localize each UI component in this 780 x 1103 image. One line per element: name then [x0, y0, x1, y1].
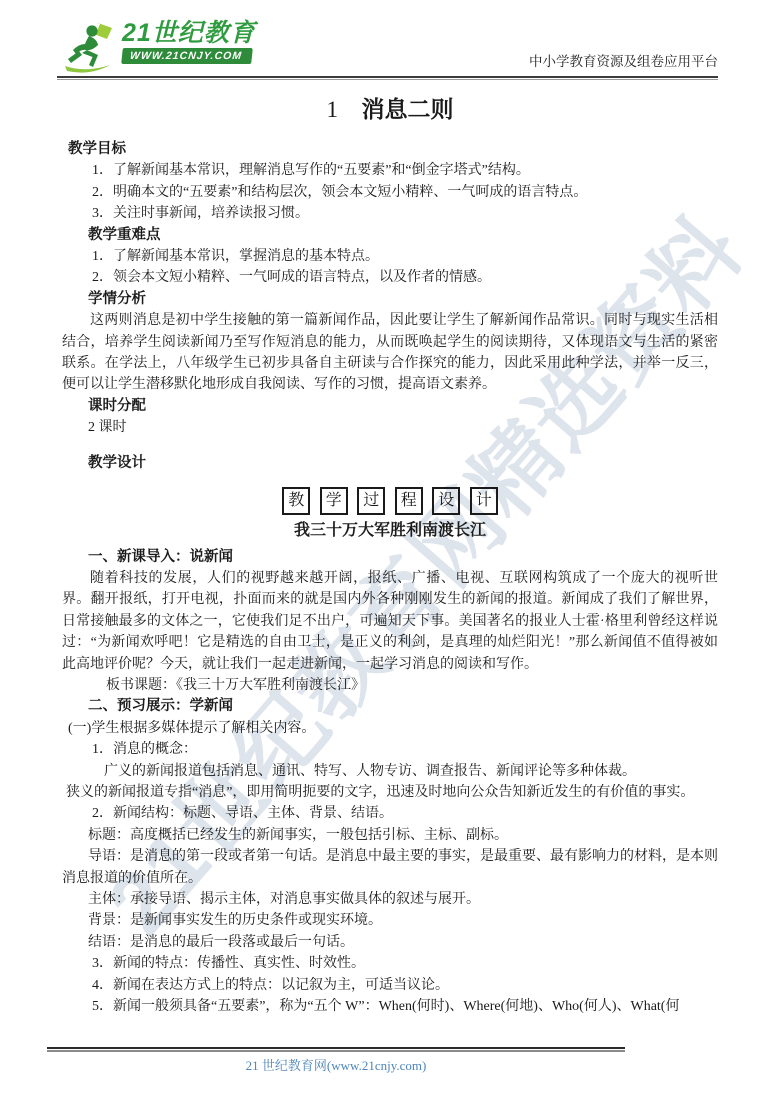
concept-broad-line: 广义的新闻报道包括消息、通讯、特写、人物专访、调查报告、新闻评论等多种体裁。: [104, 761, 718, 782]
part1-paragraph: 随着科技的发展，人们的视野越来越开阔，报纸、广播、电视、互联网构筑成了一个庞大的…: [62, 568, 718, 675]
spacer: [62, 439, 718, 453]
list-item: 1．了解新闻基本常识，理解消息写作的“五要素”和“倒金字塔式”结构。: [92, 160, 718, 181]
structure-detail: 主体：承接导语、揭示主体，对消息事实做具体的叙述与展开。: [88, 889, 718, 910]
spacer: [62, 474, 718, 478]
brand-logo: 21世纪教育 WWW.21CNJY.COM: [64, 20, 256, 79]
page-title: 1 消息二则: [62, 94, 718, 129]
heading-goals: 教学目标: [68, 139, 718, 160]
list-item: 1．消息的概念：: [92, 739, 718, 760]
process-box: 程: [395, 487, 423, 515]
footer-site-link[interactable]: 21 世纪教育网(www.21cnjy.com): [0, 1055, 672, 1074]
process-box-row: 教 学 过 程 设 计: [62, 487, 718, 515]
structure-detail: 标题：高度概括已经发生的新闻事实，一般包括引标、主标、副标。: [88, 825, 718, 846]
footer-rule: [47, 1047, 625, 1052]
process-box: 学: [320, 487, 348, 515]
structure-detail: 背景：是新闻事实发生的历史条件或现实环境。: [88, 910, 718, 931]
brand-name: 21世纪教育: [122, 20, 256, 46]
part2-intro: (一)学生根据多媒体提示了解相关内容。: [68, 718, 718, 739]
process-box: 计: [470, 487, 498, 515]
lesson-title: 我三十万大军胜利南渡长江: [62, 520, 718, 541]
board-topic-line: 板书课题：《我三十万大军胜利南渡长江》: [106, 675, 718, 696]
heading-analysis: 学情分析: [88, 289, 718, 310]
list-item: 1．了解新闻基本常识，掌握消息的基本特点。: [92, 246, 718, 267]
document-body: 1 消息二则 教学目标 1．了解新闻基本常识，理解消息写作的“五要素”和“倒金字…: [62, 88, 718, 1017]
platform-label: 中小学教育资源及组卷应用平台: [529, 50, 718, 70]
heading-design: 教学设计: [88, 453, 718, 474]
structure-detail: 结语：是消息的最后一段落或最后一句话。: [88, 932, 718, 953]
process-box: 过: [357, 487, 385, 515]
page-title-text: 消息二则: [362, 96, 454, 122]
header-rule: [57, 76, 718, 80]
structure-detail: 导语：是消息的第一段或者第一句话。是消息中最主要的事实，是最重要、最有影响力的材…: [62, 846, 718, 889]
list-item: 2．领会本文短小精粹、一气呵成的语言特点，以及作者的情感。: [92, 267, 718, 288]
list-item: 3．新闻的特点：传播性、真实性、时效性。: [92, 953, 718, 974]
list-item: 2．明确本文的“五要素”和结构层次，领会本文短小精粹、一气呵成的语言特点。: [92, 182, 718, 203]
process-box: 设: [432, 487, 460, 515]
process-box: 教: [282, 487, 310, 515]
heading-part2: 二、预习展示：学新闻: [88, 696, 718, 717]
brand-text-block: 21世纪教育 WWW.21CNJY.COM: [122, 20, 256, 64]
analysis-paragraph: 这两则消息是初中学生接触的第一篇新闻作品，因此要让学生了解新闻作品常识。同时与现…: [62, 310, 718, 396]
list-item: 5．新闻一般须具备“五要素”，称为“五个 W”：When(何时)、Where(何…: [92, 996, 718, 1017]
list-item: 2．新闻结构：标题、导语、主体、背景、结语。: [92, 803, 718, 824]
page-title-number: 1: [327, 97, 339, 122]
heading-part1: 一、新课导入：说新闻: [88, 547, 718, 568]
heading-keypoints: 教学重难点: [88, 225, 718, 246]
heading-hours: 课时分配: [88, 396, 718, 417]
document-page: 21世纪教育网精选资料 21世纪教育 WWW.21CNJY.COM 中小学教育资…: [0, 0, 780, 1103]
hours-value: 2 课时: [88, 417, 718, 438]
running-man-icon: [64, 20, 118, 79]
concept-narrow-paragraph: 狭义的新闻报道专指“消息”，即用简明扼要的文字，迅速及时地向公众告知新近发生的有…: [62, 782, 718, 803]
list-item: 3．关注时事新闻，培养读报习惯。: [92, 203, 718, 224]
brand-url: WWW.21CNJY.COM: [121, 48, 253, 64]
list-item: 4．新闻在表达方式上的特点：以记叙为主，可适当议论。: [92, 975, 718, 996]
